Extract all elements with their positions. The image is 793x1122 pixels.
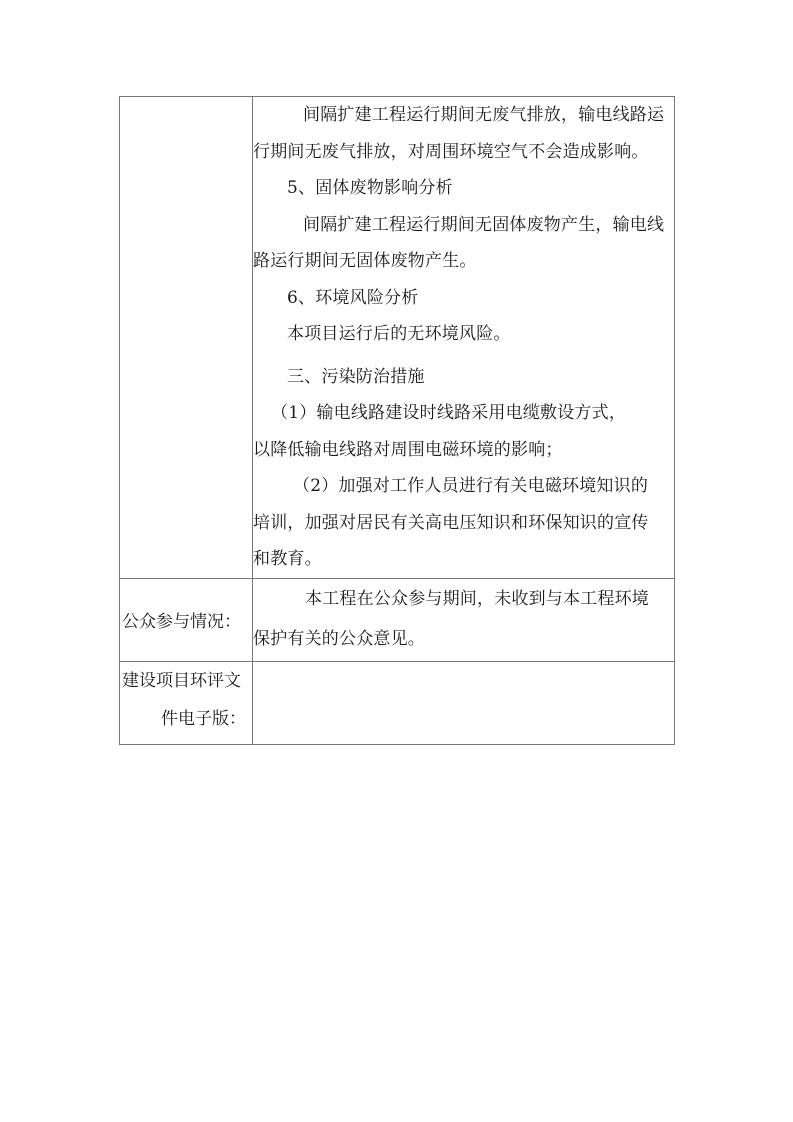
- section-heading-solid-waste: 5、固体废物影响分析: [253, 170, 674, 207]
- analysis-label-cell: [120, 97, 253, 579]
- public-participation-label-cell: 公众参与情况：: [120, 578, 253, 661]
- paragraph-line: 本项目运行后的无环境风险。: [253, 316, 674, 353]
- eia-document-label-cell: 建设项目环评文 件电子版：: [120, 661, 253, 744]
- analysis-row: 间隔扩建工程运行期间无废气排放，输电线路运 行期间无废气排放，对周围环境空气不会…: [120, 97, 675, 579]
- public-participation-row: 公众参与情况： 本工程在公众参与期间，未收到与本工程环境 保护有关的公众意见。: [120, 578, 675, 661]
- paragraph-line: 路运行期间无固体废物产生。: [253, 243, 674, 280]
- eia-document-row: 建设项目环评文 件电子版：: [120, 661, 675, 744]
- eia-document-label-line2: 件电子版：: [120, 700, 252, 738]
- public-participation-content-cell: 本工程在公众参与期间，未收到与本工程环境 保护有关的公众意见。: [253, 578, 675, 661]
- paragraph-line: 本工程在公众参与期间，未收到与本工程环境: [253, 579, 674, 619]
- paragraph-line: 间隔扩建工程运行期间无固体废物产生，输电线: [253, 207, 674, 244]
- eia-document-label-line1: 建设项目环评文: [120, 662, 252, 700]
- paragraph-line: 间隔扩建工程运行期间无废气排放，输电线路运: [253, 97, 674, 134]
- report-table: 间隔扩建工程运行期间无废气排放，输电线路运 行期间无废气排放，对周围环境空气不会…: [119, 96, 675, 745]
- paragraph-line: 保护有关的公众意见。: [253, 619, 674, 659]
- paragraph-line: 培训，加强对居民有关高电压知识和环保知识的宣传: [253, 505, 674, 542]
- measure-item-2: （2）加强对工作人员进行有关电磁环境知识的: [253, 468, 674, 505]
- section-heading-env-risk: 6、环境风险分析: [253, 280, 674, 317]
- analysis-content-cell: 间隔扩建工程运行期间无废气排放，输电线路运 行期间无废气排放，对周围环境空气不会…: [253, 97, 675, 579]
- public-participation-label: 公众参与情况：: [120, 607, 252, 632]
- paragraph-line: 和教育。: [253, 541, 674, 578]
- paragraph-line: 以降低输电线路对周围电磁环境的影响；: [253, 432, 674, 469]
- paragraph-line: 行期间无废气排放，对周围环境空气不会造成影响。: [253, 134, 674, 171]
- measure-item-1: （1）输电线路建设时线路采用电缆敷设方式，: [253, 395, 674, 432]
- eia-document-content-cell: [253, 661, 675, 744]
- section-heading-pollution-control: 三、污染防治措施: [253, 359, 674, 396]
